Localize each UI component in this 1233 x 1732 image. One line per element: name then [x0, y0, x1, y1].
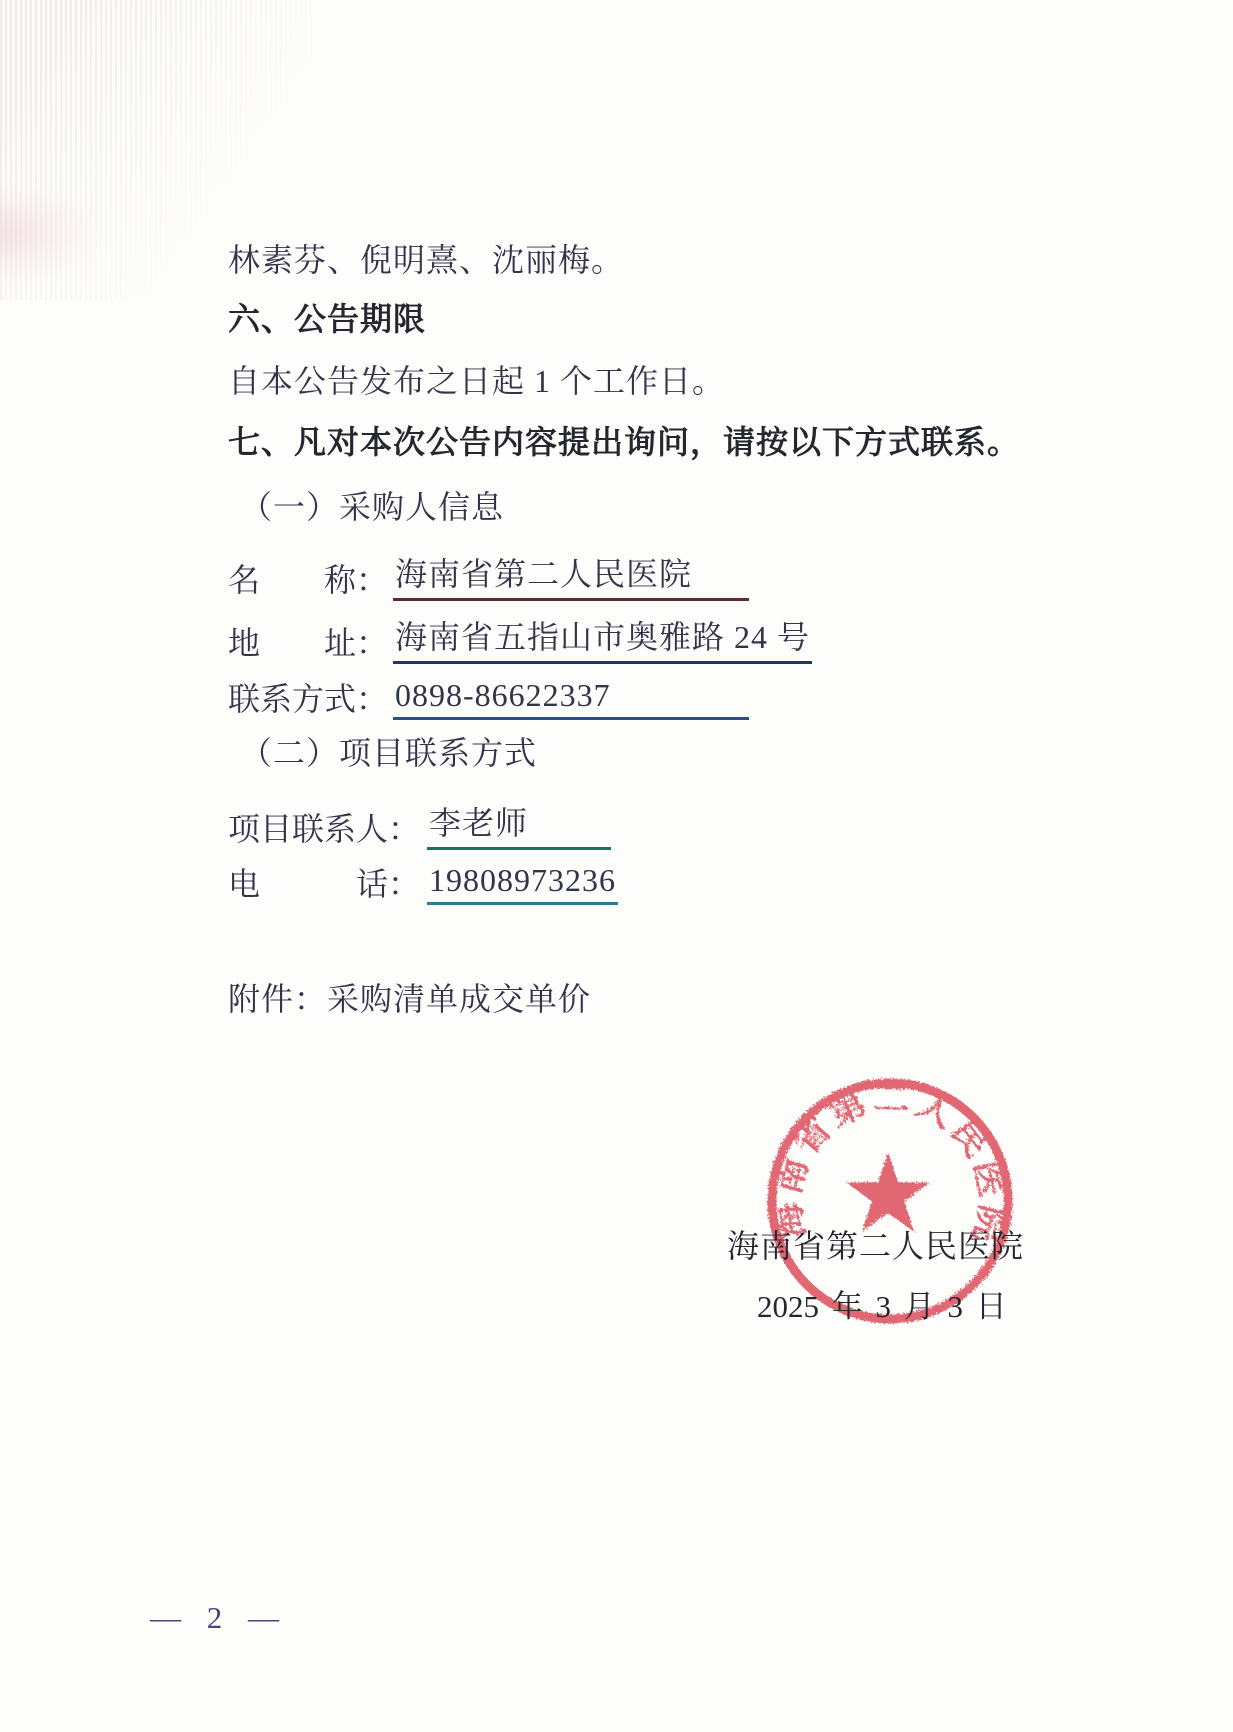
purchaser-info-heading: （一）采购人信息 — [240, 489, 504, 526]
field-row-phone: 电 话：19808973236 — [228, 859, 618, 905]
field-value-address: 海南省五指山市奥雅路 24 号 — [393, 612, 812, 664]
field-label-address: 地 址： — [228, 618, 393, 664]
section-6-body: 自本公告发布之日起 1 个工作日。 — [228, 363, 725, 400]
field-value-contact: 0898-86622337 — [393, 677, 749, 720]
field-row-name: 名 称：海南省第二人民医院 — [228, 549, 749, 601]
field-label-project-person: 项目联系人： — [228, 804, 427, 850]
field-row-address: 地 址：海南省五指山市奥雅路 24 号 — [228, 612, 812, 664]
field-value-phone: 19808973236 — [427, 862, 618, 905]
section-7-heading: 七、凡对本次公告内容提出询问，请按以下方式联系。 — [228, 424, 1020, 461]
field-label-phone: 电 话： — [228, 859, 427, 905]
field-label-contact: 联系方式： — [228, 674, 393, 720]
seal-star — [846, 1152, 930, 1232]
signature-organization: 海南省第二人民医院 — [727, 1228, 1024, 1265]
attachment-line: 附件：采购清单成交单价 — [228, 981, 591, 1018]
document-page: 林素芬、倪明熹、沈丽梅。 六、公告期限 自本公告发布之日起 1 个工作日。 七、… — [0, 0, 1233, 1732]
project-contact-heading: （二）项目联系方式 — [240, 735, 537, 772]
field-value-name: 海南省第二人民医院 — [393, 549, 749, 601]
field-row-project-person: 项目联系人：李老师 — [228, 798, 611, 850]
field-value-project-person: 李老师 — [427, 798, 611, 850]
field-row-contact: 联系方式：0898-86622337 — [228, 674, 749, 720]
field-label-name: 名 称： — [228, 555, 393, 601]
section-6-heading: 六、公告期限 — [228, 301, 426, 338]
evaluators-line: 林素芬、倪明熹、沈丽梅。 — [228, 242, 624, 279]
page-number: — 2 — — [150, 1600, 288, 1636]
signature-date: 2025 年 3 月 3 日 — [757, 1289, 1007, 1325]
